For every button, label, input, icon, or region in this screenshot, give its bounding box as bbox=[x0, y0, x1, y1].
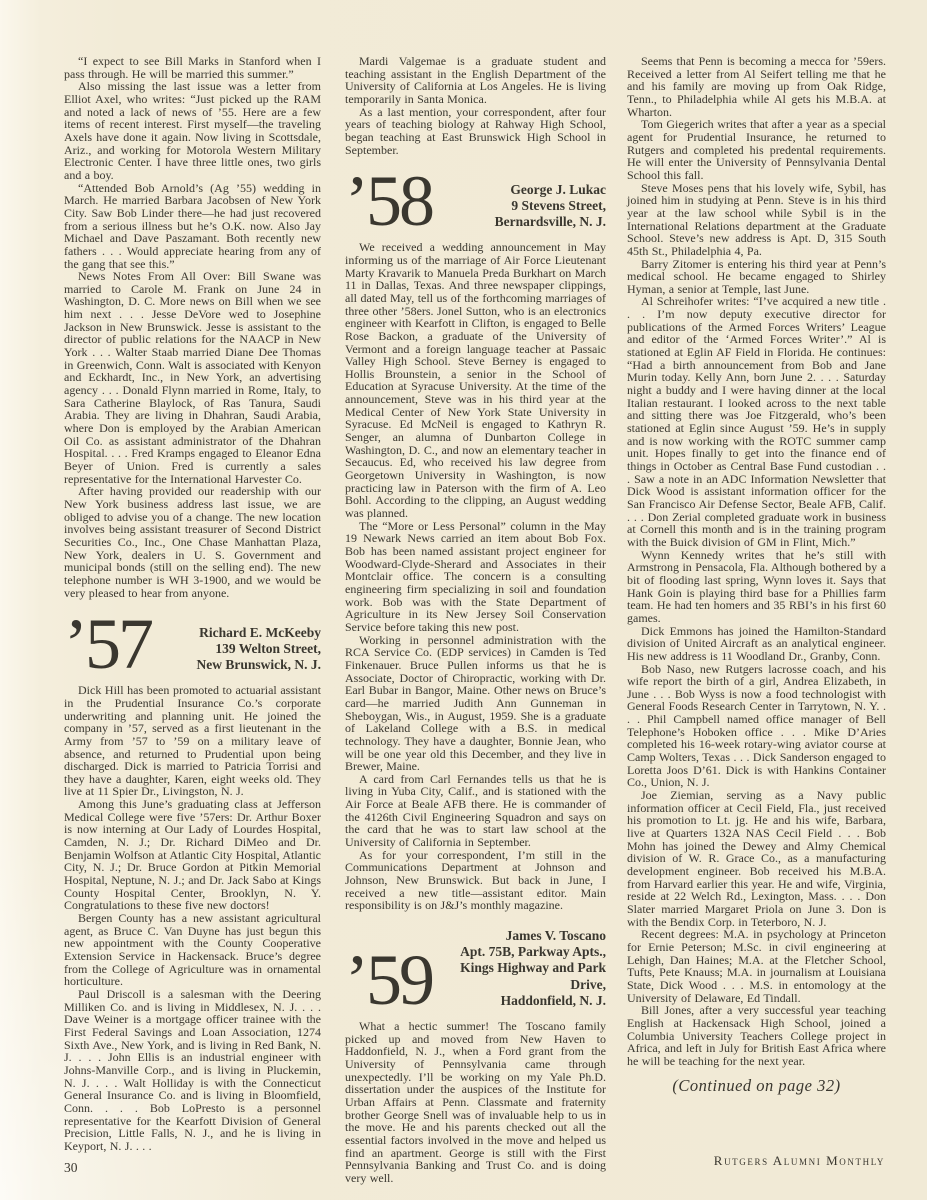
correspondent-line: New Brunswick, N. J. bbox=[196, 657, 321, 673]
paragraph: Barry Zitomer is entering his third year… bbox=[627, 258, 886, 296]
paragraph: Steve Moses pens that his lovely wife, S… bbox=[627, 182, 886, 258]
paragraph: Working in personnel administration with… bbox=[345, 634, 606, 773]
paragraph: Seems that Penn is becoming a mecca for … bbox=[627, 55, 886, 118]
paragraph: “Attended Bob Arnold’s (Ag ’55) wedding … bbox=[64, 182, 321, 271]
paragraph: Also missing the last issue was a letter… bbox=[64, 80, 321, 181]
paragraph: A card from Carl Fernandes tells us that… bbox=[345, 773, 606, 849]
correspondent-line: Kings Highway and Park Drive, bbox=[432, 960, 606, 992]
correspondent-line: George J. Lukac bbox=[495, 182, 606, 198]
paragraph: Mardi Valgemae is a graduate student and… bbox=[345, 55, 606, 106]
paragraph: Bergen County has a new assistant agricu… bbox=[64, 912, 321, 988]
correspondent-line: Haddonfield, N. J. bbox=[432, 993, 606, 1009]
correspondent-line: 139 Welton Street, bbox=[196, 641, 321, 657]
paragraph: The “More or Less Personal” column in th… bbox=[345, 520, 606, 634]
correspondent-line: Bernardsville, N. J. bbox=[495, 214, 606, 230]
magazine-title: Rutgers Alumni Monthly bbox=[714, 1153, 885, 1169]
class-section-heading: ’57Richard E. McKeeby139 Welton Street,N… bbox=[64, 615, 321, 673]
correspondent-address: George J. Lukac9 Stevens Street,Bernards… bbox=[495, 182, 606, 231]
correspondent-line: James V. Toscano bbox=[432, 928, 606, 944]
class-year: ’57 bbox=[64, 615, 151, 673]
paragraph: As a last mention, your correspondent, a… bbox=[345, 106, 606, 157]
paragraph: Recent degrees: M.A. in psychology at Pr… bbox=[627, 928, 886, 1004]
class-section-heading: ’58George J. Lukac9 Stevens Street,Berna… bbox=[345, 172, 606, 230]
class-year: ’58 bbox=[345, 172, 432, 230]
paragraph: Dick Emmons has joined the Hamilton-Stan… bbox=[627, 625, 886, 663]
text-column-2: Mardi Valgemae is a graduate student and… bbox=[345, 55, 606, 1185]
paragraph: As for your correspondent, I’m still in … bbox=[345, 849, 606, 912]
text-column-3: Seems that Penn is becoming a mecca for … bbox=[627, 55, 886, 1092]
correspondent-line: Richard E. McKeeby bbox=[196, 625, 321, 641]
paragraph: Bob Naso, new Rutgers lacrosse coach, an… bbox=[627, 663, 886, 790]
paragraph: We received a wedding announcement in Ma… bbox=[345, 241, 606, 519]
page-number: 30 bbox=[64, 1160, 78, 1176]
paragraph: Bill Jones, after a very successful year… bbox=[627, 1004, 886, 1067]
paragraph: News Notes From All Over: Bill Swane was… bbox=[64, 270, 321, 485]
paragraph: Among this June’s graduating class at Je… bbox=[64, 798, 321, 912]
paragraph: “I expect to see Bill Marks in Stanford … bbox=[64, 55, 321, 80]
magazine-page: “I expect to see Bill Marks in Stanford … bbox=[0, 0, 927, 1200]
continued-note: (Continued on page 32) bbox=[627, 1080, 886, 1093]
paragraph: Al Schreihofer writes: “I’ve acquired a … bbox=[627, 295, 886, 548]
paragraph: Tom Giegerich writes that after a year a… bbox=[627, 118, 886, 181]
correspondent-line: Apt. 75B, Parkway Apts., bbox=[432, 944, 606, 960]
class-section-heading: ’59James V. ToscanoApt. 75B, Parkway Apt… bbox=[345, 928, 606, 1009]
correspondent-address: Richard E. McKeeby139 Welton Street,New … bbox=[196, 625, 321, 674]
paragraph: Joe Ziemian, serving as a Navy public in… bbox=[627, 789, 886, 928]
paragraph: What a hectic summer! The Toscano family… bbox=[345, 1020, 606, 1185]
paragraph: Wynn Kennedy writes that he’s still with… bbox=[627, 549, 886, 625]
text-column-1: “I expect to see Bill Marks in Stanford … bbox=[64, 55, 321, 1153]
paragraph: Paul Driscoll is a salesman with the Dee… bbox=[64, 988, 321, 1153]
correspondent-address: James V. ToscanoApt. 75B, Parkway Apts.,… bbox=[432, 928, 606, 1009]
paragraph: Dick Hill has been promoted to actuarial… bbox=[64, 684, 321, 798]
correspondent-line: 9 Stevens Street, bbox=[495, 198, 606, 214]
paragraph: After having provided our readership wit… bbox=[64, 485, 321, 599]
class-year: ’59 bbox=[345, 951, 432, 1009]
